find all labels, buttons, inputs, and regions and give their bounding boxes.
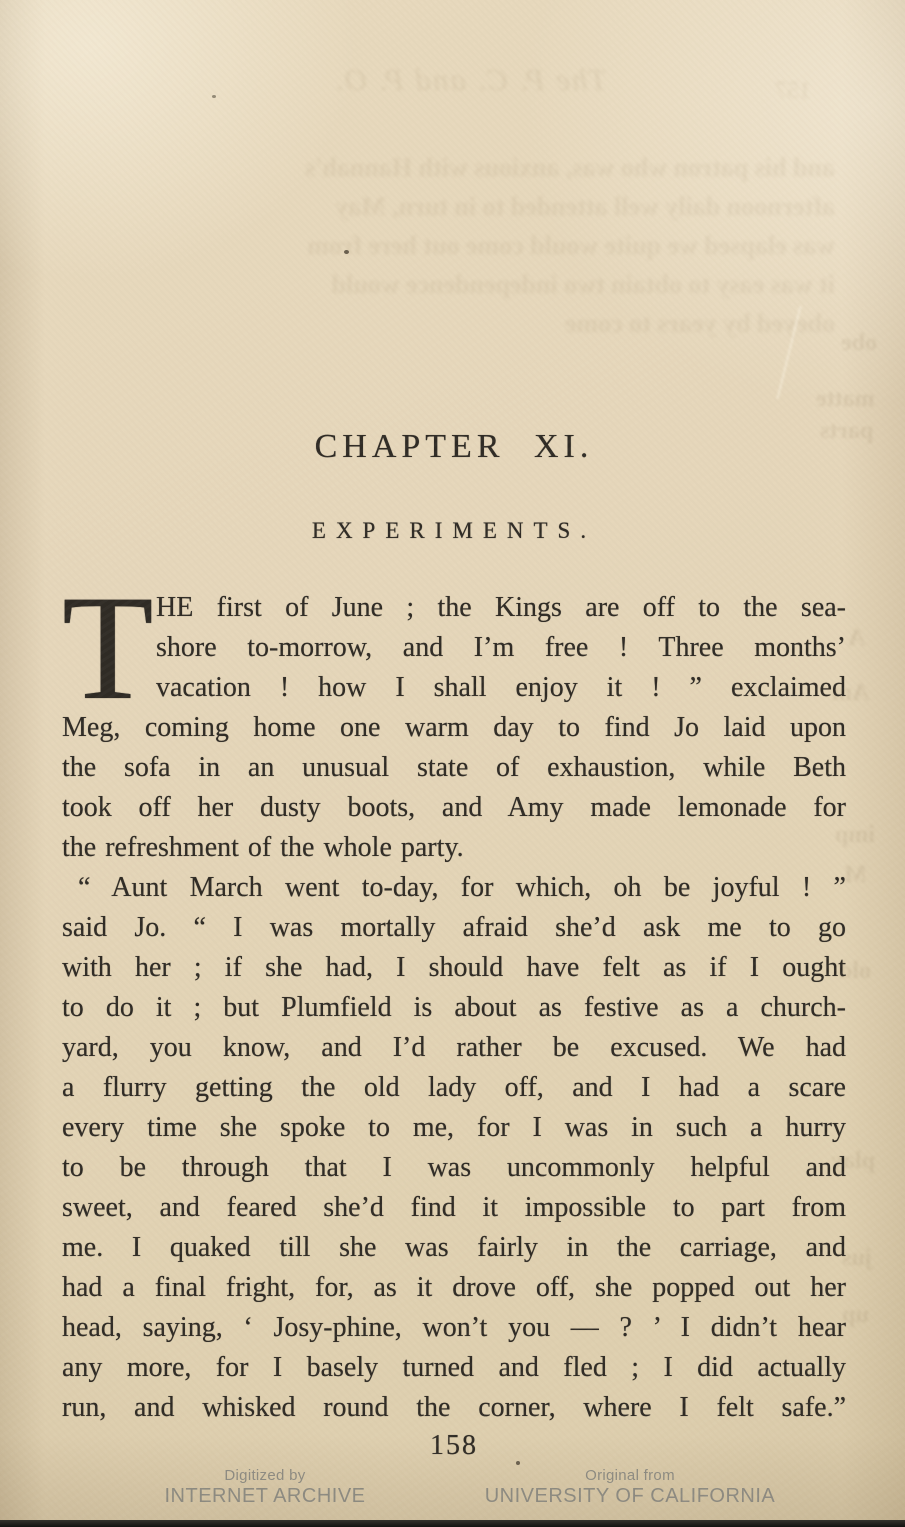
text-line: every time she spoke to me, for I was in… [62, 1108, 846, 1148]
scanned-book-page: The P. C. and P. O. 157 and his patron w… [0, 0, 905, 1527]
bleedthrough-margin-word: A [848, 625, 865, 652]
watermark-right-line2: UNIVERSITY OF CALIFORNIA [455, 1485, 805, 1508]
text-line: a flurry getting the old lady off, and I… [62, 1068, 846, 1108]
bleedthrough-line: was elapsed we quite would come out here… [95, 226, 835, 265]
bleedthrough-margin-word: jus [842, 1245, 873, 1272]
bleedthrough-line: and his patron who was, anxious with Han… [95, 148, 835, 187]
bleedthrough-margin-word: M [844, 862, 867, 889]
text-line: to be through that I was uncommonly help… [62, 1148, 846, 1188]
watermark-left-line2: INTERNET ARCHIVE [110, 1485, 420, 1508]
text-line: sweet, and feared she’d find it impossib… [62, 1188, 846, 1228]
text-line: HE first of June ; the Kings are off to … [62, 588, 846, 628]
text-line: shore to-morrow, and I’m free ! Three mo… [62, 628, 846, 668]
text-line: the refreshment of the whole party. [62, 828, 846, 868]
paper-scratch [777, 306, 802, 399]
drop-cap-letter: T [62, 590, 150, 706]
text-line: took off her dusty boots, and Amy made l… [62, 788, 846, 828]
paper-speck [516, 1461, 520, 1465]
bleedthrough-margin-word: obe [841, 330, 877, 357]
text-line: with her ; if she had, I should have fel… [62, 948, 846, 988]
drop-cap: T [62, 590, 150, 708]
bleedthrough-line: it was easy to obtain two independence w… [95, 265, 835, 304]
bleedthrough-line: obeyed by years to come [95, 304, 835, 343]
text-line: said Jo. “ I was mortally afraid she’d a… [62, 908, 846, 948]
watermark-left-line1: Digitized by [110, 1466, 420, 1485]
watermark-digitized-by: Digitized by INTERNET ARCHIVE [110, 1466, 420, 1508]
bleedthrough-line: afternoon daily well attended to in turn… [95, 187, 835, 226]
watermark-right-line1: Original from [455, 1466, 805, 1485]
chapter-subtitle: EXPERIMENTS. [62, 518, 846, 544]
paper-speck [344, 250, 349, 254]
chapter-heading: CHAPTER XI. [62, 428, 846, 466]
paper-speck [212, 95, 216, 98]
text-line: Meg, coming home one warm day to find Jo… [62, 708, 846, 748]
text-line: yard, you know, and I’d rather be excuse… [62, 1028, 846, 1068]
bleedthrough-paragraph: and his patron who was, anxious with Han… [95, 148, 835, 343]
watermark-original-from: Original from UNIVERSITY OF CALIFORNIA [455, 1466, 805, 1508]
scan-edge-band [0, 1520, 905, 1527]
text-line: “ Aunt March went to-day, for which, oh … [62, 868, 846, 908]
bleedthrough-margin-word: matte [816, 386, 875, 413]
text-line: vacation ! how I shall enjoy it ! ” excl… [62, 668, 846, 708]
bleedthrough-running-header: The P. C. and P. O. [255, 62, 685, 98]
text-line: the sofa in an unusual state of exhausti… [62, 748, 846, 788]
text-line: had a final fright, for, as it drove off… [62, 1268, 846, 1308]
body-text: T HE first of June ; the Kings are off t… [62, 588, 846, 1428]
page-number: 158 [62, 1430, 846, 1462]
bleedthrough-margin-word: up [842, 1302, 869, 1329]
bleedthrough-page-number: 157 [775, 78, 811, 105]
text-line: run, and whisked round the corner, where… [62, 1388, 846, 1428]
text-line: me. I quaked till she was fairly in the … [62, 1228, 846, 1268]
text-line: to do it ; but Plumfield is about as fes… [62, 988, 846, 1028]
text-line: any more, for I basely turned and fled ;… [62, 1348, 846, 1388]
text-line: head, saying, ‘ Josy-phine, won’t you — … [62, 1308, 846, 1348]
